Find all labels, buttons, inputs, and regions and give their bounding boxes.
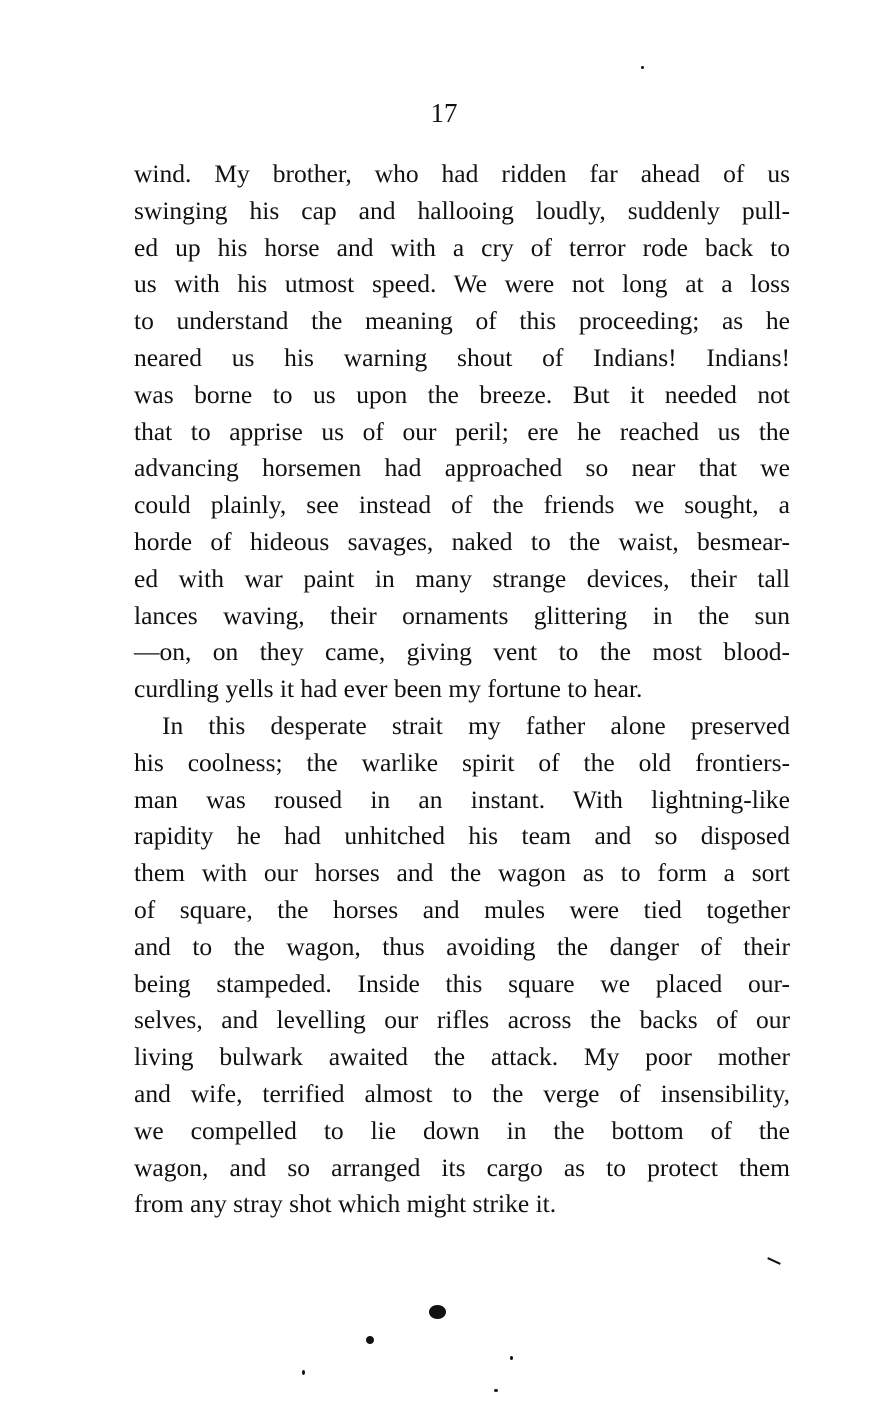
text-line: living bulwark awaited the attack. My po… (134, 1039, 790, 1076)
text-line: horde of hideous savages, naked to the w… (134, 524, 790, 561)
text-line: of square, the horses and mules were tie… (134, 892, 790, 929)
text-line: lances waving, their ornaments glitterin… (134, 598, 790, 635)
paragraph-2: In this desperate strait my father alone… (134, 708, 790, 1223)
text-line: curdling yells it had ever been my fortu… (134, 671, 790, 708)
text-line: being stampeded. Inside this square we p… (134, 966, 790, 1003)
text-line: from any stray shot which might strike i… (134, 1186, 790, 1223)
text-line: to understand the meaning of this procee… (134, 303, 790, 340)
text-line: ed up his horse and with a cry of terror… (134, 230, 790, 267)
text-line: we compelled to lie down in the bottom o… (134, 1113, 790, 1150)
text-line: man was roused in an instant. With light… (134, 782, 790, 819)
text-line: advancing horsemen had approached so nea… (134, 450, 790, 487)
text-line: wagon, and so arranged its cargo as to p… (134, 1150, 790, 1187)
text-line: wind. My brother, who had ridden far ahe… (134, 156, 790, 193)
text-line: selves, and levelling our rifles across … (134, 1002, 790, 1039)
text-line: In this desperate strait my father alone… (134, 708, 790, 745)
ink-speck (510, 1356, 513, 1360)
ink-stroke (767, 1257, 781, 1265)
ink-speck (641, 66, 644, 69)
text-line: swinging his cap and hallooing loudly, s… (134, 193, 790, 230)
text-line: his coolness; the warlike spirit of the … (134, 745, 790, 782)
text-line: that to apprise us of our peril; ere he … (134, 414, 790, 451)
text-line: neared us his warning shout of Indians! … (134, 340, 790, 377)
text-line: and wife, terrified almost to the verge … (134, 1076, 790, 1113)
ink-speck (494, 1389, 498, 1392)
body-text: wind. My brother, who had ridden far ahe… (134, 156, 790, 1223)
text-line: and to the wagon, thus avoiding the dang… (134, 929, 790, 966)
ink-speck (302, 1370, 305, 1375)
ink-dot (366, 1336, 374, 1344)
text-line: rapidity he had unhitched his team and s… (134, 818, 790, 855)
text-line: was borne to us upon the breeze. But it … (134, 377, 790, 414)
text-line: could plainly, see instead of the friend… (134, 487, 790, 524)
text-line: us with his utmost speed. We were not lo… (134, 266, 790, 303)
book-page: 17 wind. My brother, who had ridden far … (0, 0, 888, 1425)
text-line: ed with war paint in many strange device… (134, 561, 790, 598)
paragraph-1: wind. My brother, who had ridden far ahe… (134, 156, 790, 708)
text-line: —on, on they came, giving vent to the mo… (134, 634, 790, 671)
text-line: them with our horses and the wagon as to… (134, 855, 790, 892)
page-number: 17 (0, 98, 888, 129)
ink-blot (429, 1305, 446, 1319)
